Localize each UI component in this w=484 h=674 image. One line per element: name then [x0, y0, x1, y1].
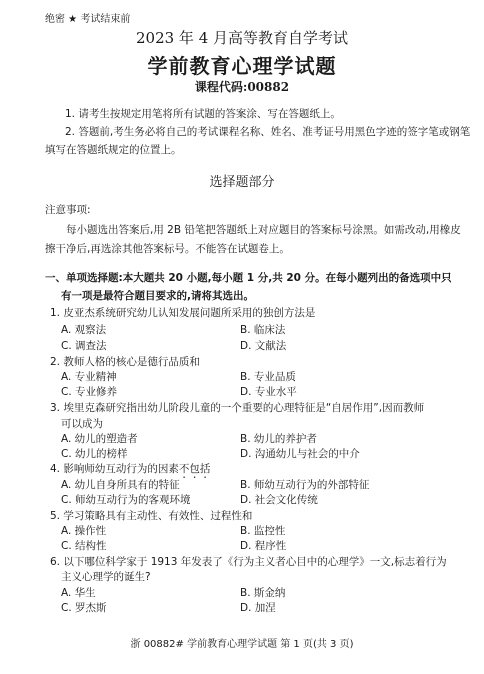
question-2-option-c: C. 专业修养: [61, 384, 117, 399]
question-1-option-c: C. 调查法: [61, 338, 107, 353]
question-1-option-d: D. 文献法: [240, 338, 286, 353]
question-5-option-a: A. 操作性: [61, 523, 106, 538]
question-6-option-c: C. 罗杰斯: [61, 600, 107, 615]
question-6-stem-cont: 主义心理学的诞生?: [61, 569, 151, 584]
question-1-option-a: A. 观察法: [61, 322, 106, 337]
part-one-heading: 一、单项选择题:本大题共 20 小题,每小题 1 分,共 20 分。在每小题列出…: [45, 270, 452, 285]
question-1-stem: 1. 皮亚杰系统研究幼儿认知发展问题所采用的独创方法是: [50, 305, 315, 320]
question-2-option-d: D. 专业水平: [240, 384, 297, 399]
instruction-2-cont: 填写在答题纸规定的位置上。: [45, 142, 182, 157]
question-5-option-d: D. 程序性: [240, 538, 286, 553]
question-1-option-b: B. 临床法: [240, 322, 285, 337]
subject-title: 学前教育心理学试题: [0, 50, 484, 79]
question-6-option-d: D. 加涅: [240, 600, 276, 615]
page-footer: 浙 00882# 学前教育心理学试题 第 1 页(共 3 页): [0, 635, 484, 650]
question-5-stem: 5. 学习策略具有主动性、有效性、过程性和: [50, 508, 252, 523]
secret-mark: 绝密 ★ 考试结束前: [45, 10, 130, 25]
course-code: 课程代码:00882: [0, 78, 484, 95]
question-5-option-b: B. 监控性: [240, 523, 285, 538]
question-6-option-a: A. 华生: [61, 585, 96, 600]
question-4-option-b: B. 师幼互动行为的外部特征: [240, 477, 369, 492]
question-6-stem: 6. 以下哪位科学家于 1913 年发表了《行为主义者心目中的心理学》一文,标志…: [50, 554, 447, 569]
question-3-stem-cont: 可以成为: [61, 416, 103, 431]
question-4-emphasis: 不包括: [179, 463, 211, 475]
question-4-option-a: A. 幼儿自身所具有的特征: [61, 477, 180, 492]
question-3-stem: 3. 埃里克森研究指出幼儿阶段儿童的一个重要的心理特征是“自居作用”,因而教师: [50, 400, 424, 415]
question-3-option-b: B. 幼儿的养护者: [240, 431, 317, 446]
question-5-option-c: C. 结构性: [61, 538, 107, 553]
notice-line-1: 每小题选出答案后,用 2B 铅笔把答题纸上对应题目的答案标号涂黑。如需改动,用橡…: [66, 222, 461, 237]
question-2-option-b: B. 专业品质: [240, 369, 296, 384]
notice-label: 注意事项:: [45, 202, 91, 217]
question-3-option-a: A. 幼儿的塑造者: [61, 431, 138, 446]
notice-line-2: 擦干净后,再选涂其他答案标号。不能答在试题卷上。: [45, 241, 290, 256]
question-4-option-c: C. 师幼互动行为的客观环境: [61, 492, 191, 507]
question-4-option-d: D. 社会文化传统: [240, 492, 318, 507]
part-one-heading-cont: 有一项是最符合题目要求的,请将其选出。: [61, 288, 254, 303]
question-2-stem: 2. 教师人格的核心是德行品质和: [50, 354, 200, 369]
question-2-option-a: A. 专业精神: [61, 369, 117, 384]
instruction-2: 2. 答题前,考生务必将自己的考试课程名称、姓名、准考证号用黑色字迹的签字笔或钢…: [65, 124, 470, 139]
exam-title: 2023 年 4 月高等教育自学考试: [0, 27, 484, 48]
question-3-option-c: C. 幼儿的榜样: [61, 446, 128, 461]
question-6-option-b: B. 斯金纳: [240, 585, 285, 600]
question-4-stem-text: 4. 影响师幼互动行为的因素: [50, 463, 179, 475]
section-title: 选择题部分: [0, 171, 484, 190]
instruction-1: 1. 请考生按规定用笔将所有试题的答案涂、写在答题纸上。: [65, 106, 341, 121]
question-3-option-d: D. 沟通幼儿与社会的中介: [240, 446, 360, 461]
